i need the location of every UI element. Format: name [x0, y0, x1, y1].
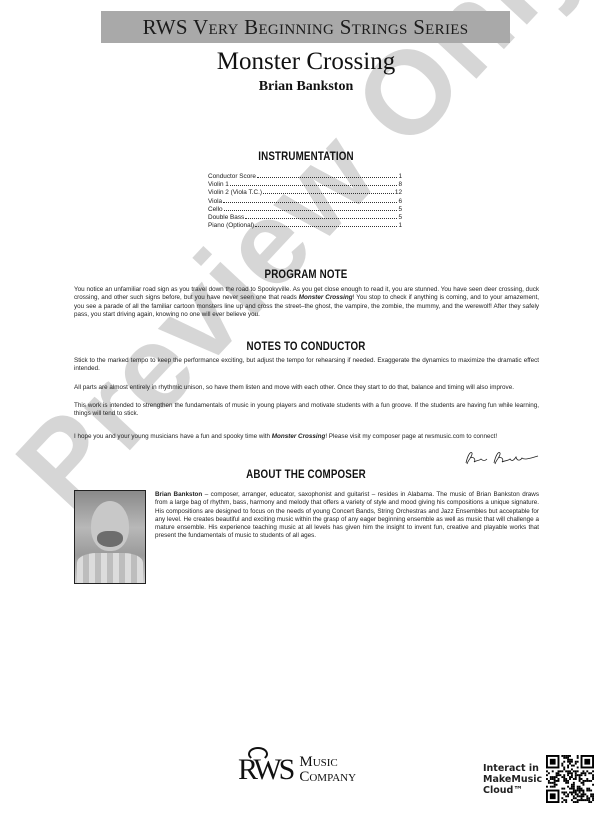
instrumentation-item: Violin 2 (Viola T.C.)12: [208, 188, 402, 196]
instrumentation-heading: INSTRUMENTATION: [46, 151, 566, 163]
instrumentation-list: Conductor Score1Violin 18Violin 2 (Viola…: [208, 172, 402, 229]
makemusic-cloud-label: Interact in MakeMusic Cloud™: [483, 763, 542, 796]
instrumentation-item: Violin 18: [208, 180, 402, 188]
series-banner: RWS Very Beginning Strings Series: [101, 11, 510, 43]
instrumentation-item: Piano (Optional)1: [208, 221, 402, 229]
conductor-note-2: All parts are almost entirely in rhythmi…: [74, 384, 539, 392]
instrumentation-item: Double Bass5: [208, 213, 402, 221]
bio-name: Brian Bankston: [155, 491, 202, 498]
composer-bio: Brian Bankston – composer, arranger, edu…: [155, 491, 539, 541]
program-note-heading: PROGRAM NOTE: [46, 269, 566, 281]
conductor-note-3: This work is intended to strengthen the …: [74, 402, 539, 419]
series-title: RWS Very Beginning Strings Series: [143, 15, 469, 40]
notes-to-conductor-heading: NOTES TO CONDUCTOR: [46, 341, 566, 353]
piece-title: Monster Crossing: [0, 48, 612, 76]
composer-photo: [74, 490, 146, 584]
score-cover-page: Preview Only RWS Very Beginning Strings …: [0, 0, 612, 816]
composer-name: Brian Bankston: [0, 79, 612, 95]
qr-code[interactable]: [546, 755, 594, 803]
instrumentation-item: Cello5: [208, 205, 402, 213]
conductor-closing: I hope you and your young musicians have…: [74, 433, 539, 441]
instrumentation-item: Conductor Score1: [208, 172, 402, 180]
instrumentation-item: Viola6: [208, 197, 402, 205]
rws-music-company-logo: RWS Music Company: [238, 753, 356, 787]
title-emphasis: Monster Crossing: [299, 294, 353, 301]
rws-monogram: RWS: [238, 753, 292, 787]
program-note-text: You notice an unfamiliar road sign as yo…: [74, 286, 539, 319]
composer-signature: [462, 448, 542, 468]
about-composer-heading: ABOUT THE COMPOSER: [46, 469, 566, 481]
title-emphasis: Monster Crossing: [272, 433, 326, 440]
conductor-note-1: Stick to the marked tempo to keep the pe…: [74, 357, 539, 374]
